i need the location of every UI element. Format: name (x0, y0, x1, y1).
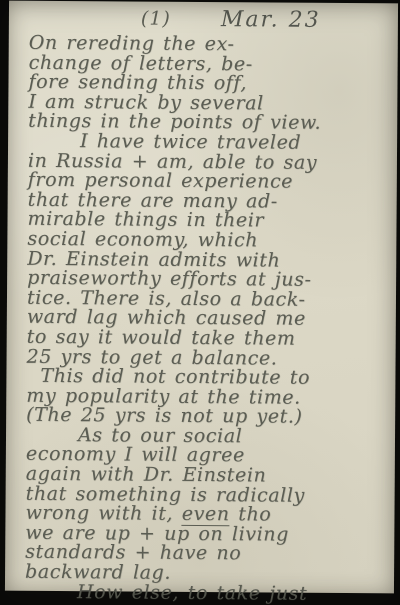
photo-background: (1) Mar. 23 On rereding the ex-change of… (0, 0, 400, 605)
letter-date: Mar. 23 (221, 7, 321, 33)
page-number: (1) (141, 8, 171, 30)
letter-page: (1) Mar. 23 On rereding the ex-change of… (5, 1, 398, 594)
letter-body: On rereding the ex-change of letters, be… (25, 34, 398, 605)
letter-line: How else, to take just (25, 582, 394, 604)
